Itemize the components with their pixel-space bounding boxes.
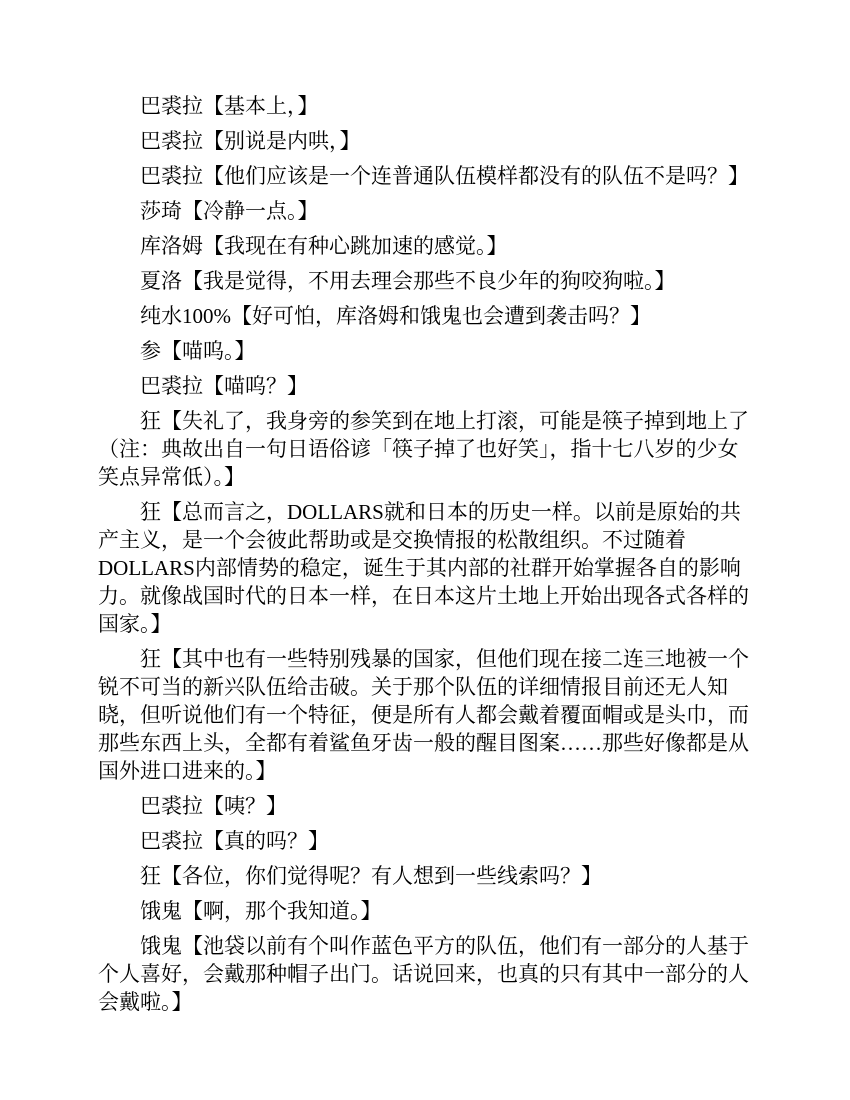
chat-line: 巴裘拉【真的吗？】 (98, 827, 750, 855)
document-page: 巴裘拉【基本上，】 巴裘拉【别说是内哄，】 巴裘拉【他们应该是一个连普通队伍模样… (0, 0, 850, 1100)
chat-line: 饿鬼【啊，那个我知道。】 (98, 897, 750, 925)
chat-line: 巴裘拉【别说是内哄，】 (98, 127, 750, 155)
chat-line: 纯水100%【好可怕，库洛姆和饿鬼也会遭到袭击吗？】 (98, 302, 750, 330)
chat-line: 莎琦【冷静一点。】 (98, 197, 750, 225)
chat-line: 狂【其中也有一些特别残暴的国家，但他们现在接二连三地被一个锐不可当的新兴队伍给击… (98, 645, 750, 785)
chat-line: 巴裘拉【他们应该是一个连普通队伍模样都没有的队伍不是吗？】 (98, 162, 750, 190)
chat-line: 夏洛【我是觉得，不用去理会那些不良少年的狗咬狗啦。】 (98, 267, 750, 295)
chat-line: 狂【失礼了，我身旁的参笑到在地上打滚，可能是筷子掉到地上了（注：典故出自一句日语… (98, 407, 750, 491)
chat-line: 狂【各位，你们觉得呢？有人想到一些线索吗？】 (98, 862, 750, 890)
chat-line: 参【喵呜。】 (98, 337, 750, 365)
chat-line: 巴裘拉【咦？】 (98, 792, 750, 820)
document-page-background: { "page": { "background_color": "#ffffff… (0, 0, 850, 1100)
chat-line: 巴裘拉【基本上，】 (98, 92, 750, 120)
chat-line: 库洛姆【我现在有种心跳加速的感觉。】 (98, 232, 750, 260)
chat-line: 狂【总而言之，DOLLARS就和日本的历史一样。以前是原始的共产主义，是一个会彼… (98, 498, 750, 638)
document-text-body: 巴裘拉【基本上，】 巴裘拉【别说是内哄，】 巴裘拉【他们应该是一个连普通队伍模样… (98, 92, 750, 1016)
chat-line: 巴裘拉【喵呜？】 (98, 372, 750, 400)
chat-line: 饿鬼【池袋以前有个叫作蓝色平方的队伍，他们有一部分的人基于个人喜好，会戴那种帽子… (98, 932, 750, 1016)
